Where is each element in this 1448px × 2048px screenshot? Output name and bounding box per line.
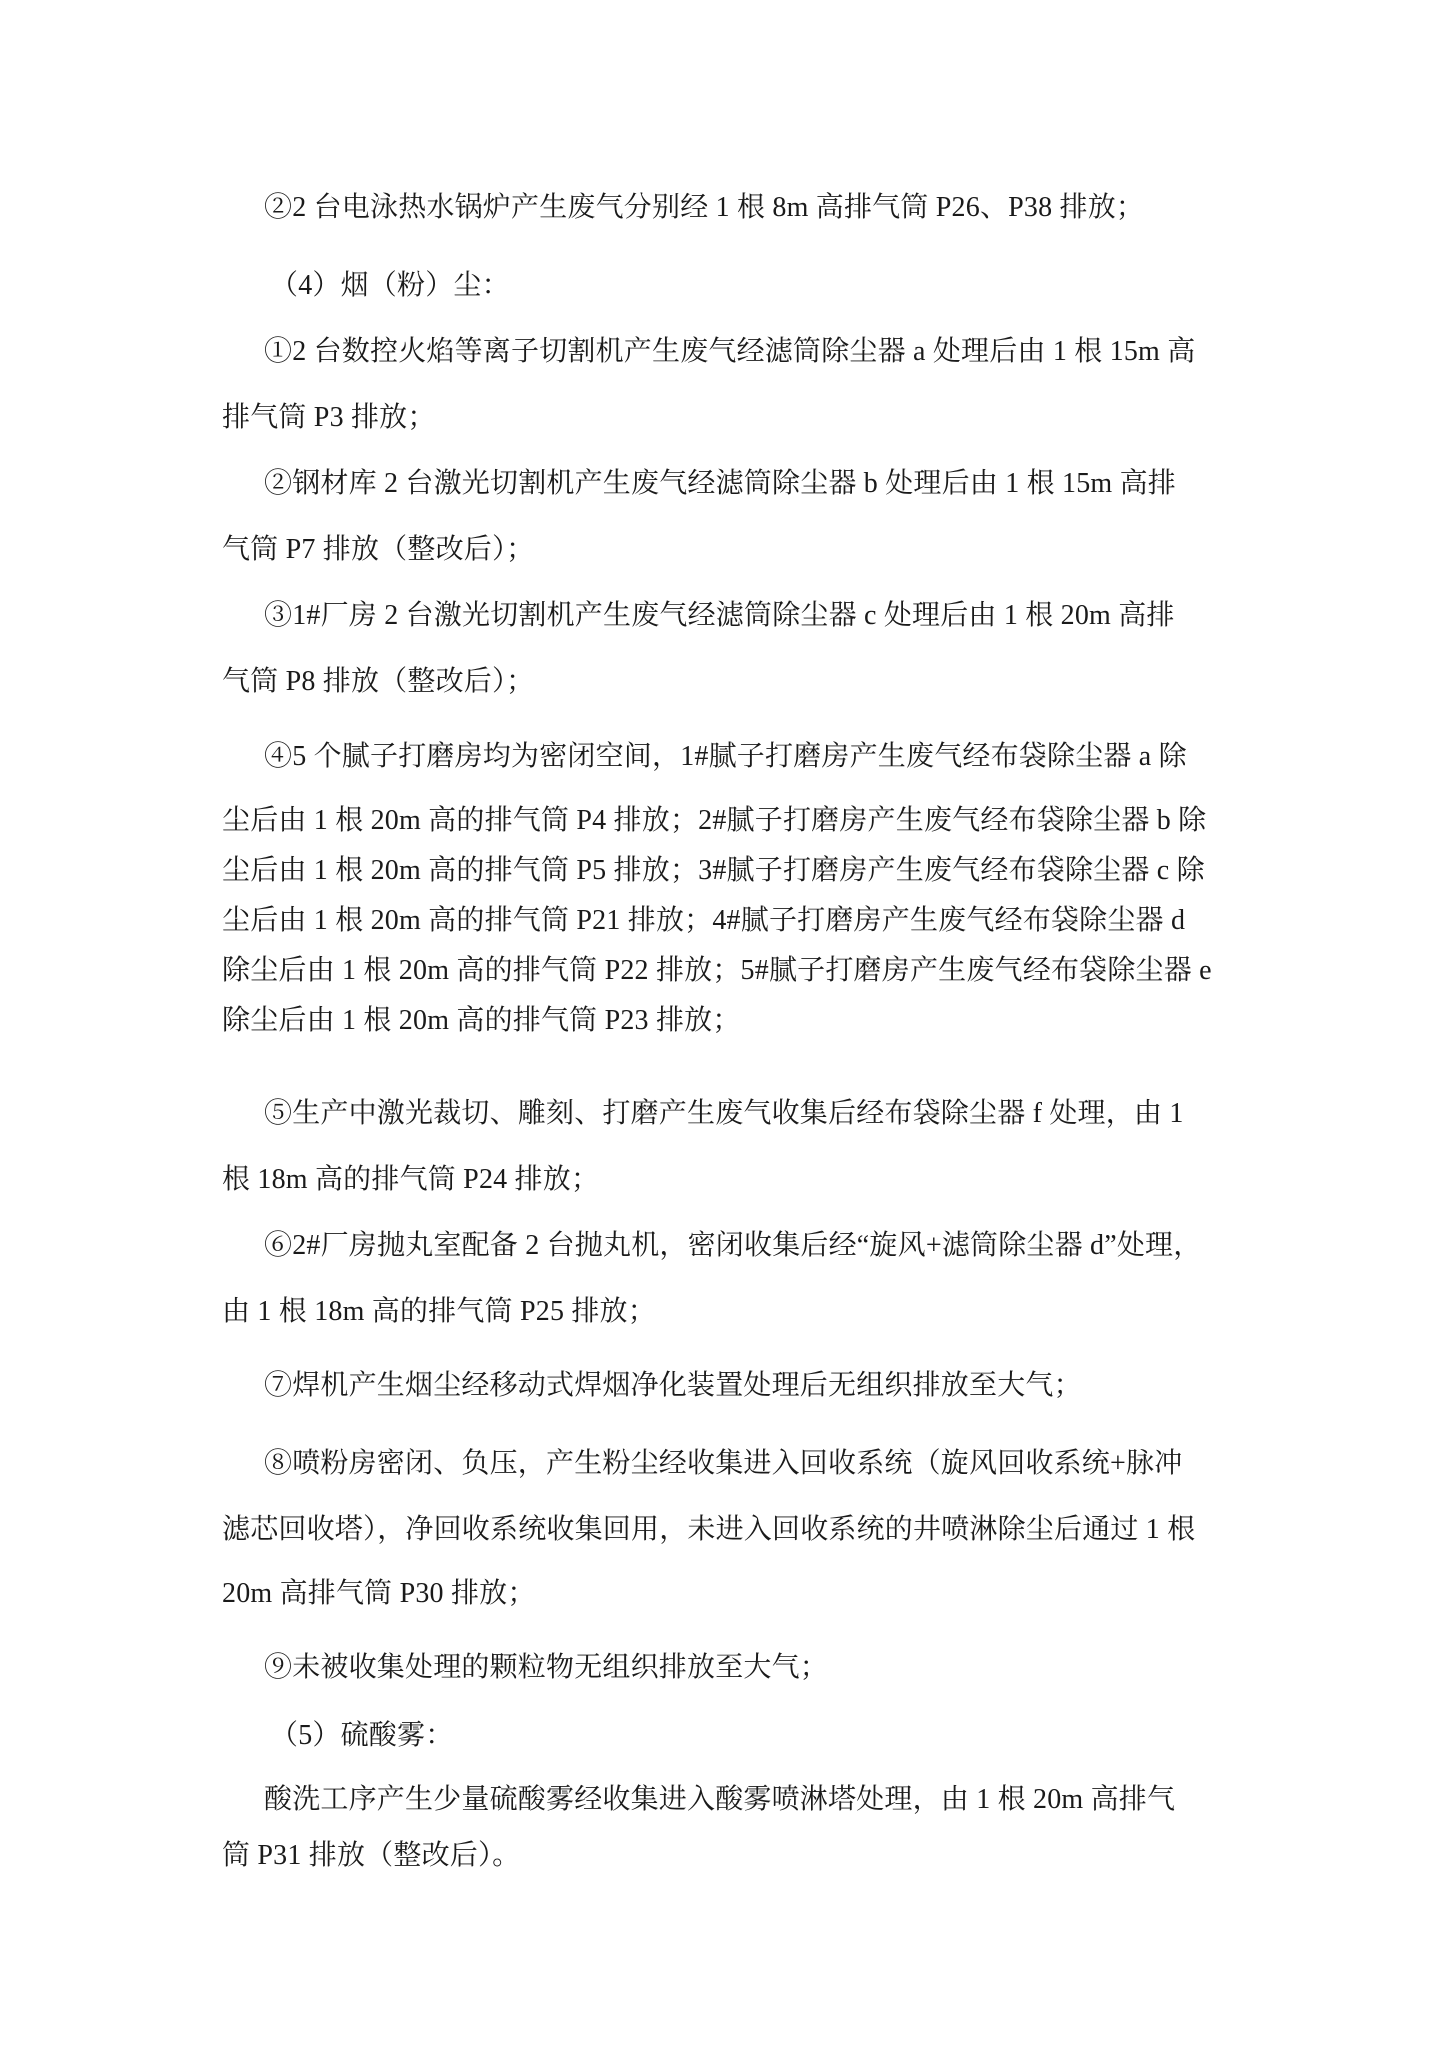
paragraph-line-boiler-exhaust: ②2 台电泳热水锅炉产生废气分别经 1 根 8m 高排气筒 P26、P38 排放… bbox=[264, 191, 1238, 225]
paragraph-line: 尘后由 1 根 20m 高的排气筒 P21 排放；4#腻子打磨房产生废气经布袋除… bbox=[222, 904, 1238, 938]
paragraph-line: 根 18m 高的排气筒 P24 排放； bbox=[222, 1163, 1238, 1197]
paragraph-line: 由 1 根 18m 高的排气筒 P25 排放； bbox=[222, 1295, 1238, 1329]
paragraph-line: 除尘后由 1 根 20m 高的排气筒 P22 排放；5#腻子打磨房产生废气经布袋… bbox=[222, 954, 1238, 988]
paragraph-line: ⑥2#厂房抛丸室配备 2 台抛丸机，密闭收集后经“旋风+滤筒除尘器 d”处理， bbox=[264, 1229, 1238, 1263]
paragraph-line: ⑤生产中激光裁切、雕刻、打磨产生废气收集后经布袋除尘器 f 处理，由 1 bbox=[264, 1097, 1238, 1131]
paragraph-line: 尘后由 1 根 20m 高的排气筒 P5 排放；3#腻子打磨房产生废气经布袋除尘… bbox=[222, 854, 1238, 888]
paragraph-line: 酸洗工序产生少量硫酸雾经收集进入酸雾喷淋塔处理，由 1 根 20m 高排气 bbox=[264, 1783, 1238, 1817]
paragraph-line: ⑨未被收集处理的颗粒物无组织排放至大气； bbox=[264, 1651, 1238, 1685]
paragraph-line: 气筒 P7 排放（整改后）； bbox=[222, 533, 1238, 567]
section-heading-smoke-dust: （4）烟（粉）尘： bbox=[270, 269, 1286, 303]
paragraph-line: 气筒 P8 排放（整改后）； bbox=[222, 665, 1238, 699]
paragraph-line: ⑦焊机产生烟尘经移动式焊烟净化装置处理后无组织排放至大气； bbox=[264, 1369, 1238, 1403]
paragraph-line: 滤芯回收塔），净回收系统收集回用，未进入回收系统的井喷淋除尘后通过 1 根 bbox=[222, 1513, 1238, 1547]
paragraph-line: ②钢材库 2 台激光切割机产生废气经滤筒除尘器 b 处理后由 1 根 15m 高… bbox=[264, 467, 1238, 501]
section-heading-sulfuric-acid-mist: （5）硫酸雾： bbox=[270, 1719, 1286, 1753]
paragraph-line: ①2 台数控火焰等离子切割机产生废气经滤筒除尘器 a 处理后由 1 根 15m … bbox=[264, 335, 1238, 369]
paragraph-line: 排气筒 P3 排放； bbox=[222, 401, 1238, 435]
paragraph-line: 除尘后由 1 根 20m 高的排气筒 P23 排放； bbox=[222, 1004, 1238, 1038]
paragraph-line: ④5 个腻子打磨房均为密闭空间，1#腻子打磨房产生废气经布袋除尘器 a 除 bbox=[264, 740, 1238, 774]
paragraph-line: 筒 P31 排放（整改后）。 bbox=[222, 1839, 1238, 1873]
paragraph-line: 尘后由 1 根 20m 高的排气筒 P4 排放；2#腻子打磨房产生废气经布袋除尘… bbox=[222, 804, 1238, 838]
document-page: ②2 台电泳热水锅炉产生废气分别经 1 根 8m 高排气筒 P26、P38 排放… bbox=[0, 0, 1448, 2048]
paragraph-line: ⑧喷粉房密闭、负压，产生粉尘经收集进入回收系统（旋风回收系统+脉冲 bbox=[264, 1447, 1238, 1481]
paragraph-line: ③1#厂房 2 台激光切割机产生废气经滤筒除尘器 c 处理后由 1 根 20m … bbox=[264, 599, 1238, 633]
paragraph-line: 20m 高排气筒 P30 排放； bbox=[222, 1577, 1238, 1611]
